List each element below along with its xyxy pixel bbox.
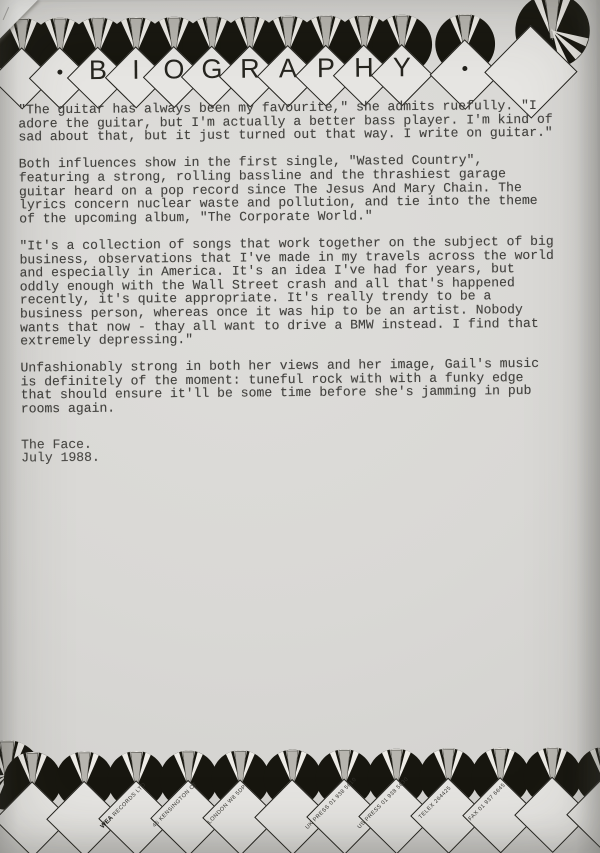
paragraph-closing: Unfashionably strong in both her views a… bbox=[20, 357, 586, 416]
title-letter-A: A bbox=[279, 53, 297, 84]
title-letter-O: O bbox=[163, 54, 184, 85]
title-letter-P: P bbox=[317, 53, 335, 84]
credit-block: The Face. July 1988. bbox=[21, 433, 587, 465]
title-letter-H: H bbox=[354, 53, 374, 84]
paragraph-quote-guitar: "The guitar has always been my favourite… bbox=[18, 99, 584, 145]
biography-body: "The guitar has always been my favourite… bbox=[18, 99, 587, 466]
paper-sheet: BIOGRAPHYWEARECORDS LTD46 KENSINGTON CTL… bbox=[0, 0, 600, 853]
scanned-press-biography-sheet: BIOGRAPHYWEARECORDS LTD46 KENSINGTON CTL… bbox=[0, 0, 600, 853]
paragraph-single: Both influences show in the first single… bbox=[19, 153, 586, 226]
separator-dot bbox=[462, 66, 467, 71]
separator-dot bbox=[57, 70, 62, 75]
title-letter-G: G bbox=[201, 54, 222, 85]
title-letter-B: B bbox=[89, 55, 107, 86]
paragraph-quote-album: "It's a collection of songs that work to… bbox=[19, 234, 586, 348]
title-letter-I: I bbox=[132, 55, 140, 86]
title-letter-R: R bbox=[240, 54, 260, 85]
title-letter-Y: Y bbox=[393, 52, 411, 83]
